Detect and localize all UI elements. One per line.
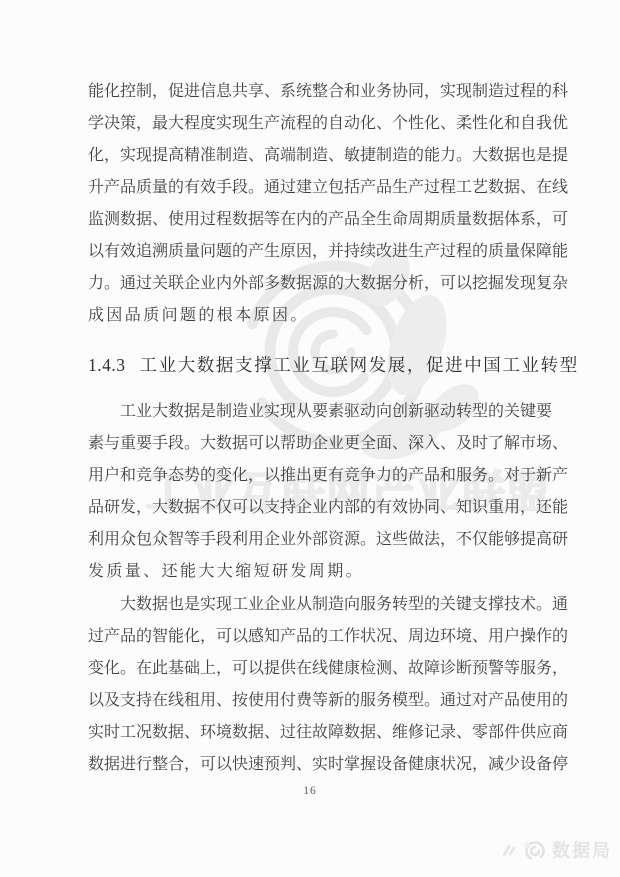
text-line: 实时工况数据、环境数据、过往故障数据、维修记录、零部件供应商 (88, 717, 533, 749)
text-line: 化，实现提高精准制造、高端制造、敏捷制造的能力。大数据也是提 (88, 140, 533, 172)
text-line: 利用众包众智等手段利用企业外部资源。这些做法，不仅能够提高研 (88, 524, 533, 556)
text-line: 以有效追溯质量问题的产生原因，并持续改进生产过程的质量保障能 (88, 236, 533, 268)
swirl-logo-icon (521, 837, 547, 863)
text-line: 工业大数据是制造业实现从要素驱动向创新驱动转型的关键要 (88, 396, 533, 428)
section-title: 工业大数据支撑工业互联网发展，促进中国工业转型 (140, 355, 579, 375)
page-number: 16 (0, 785, 620, 797)
text-line: 升产品质量的有效手段。通过建立包括产品生产过程工艺数据、在线 (88, 172, 533, 204)
text-line: 成因品质问题的根本原因。 (88, 300, 533, 332)
text-line: 品研发，大数据不仅可以支持企业内部的有效协同、知识重用，还能 (88, 492, 533, 524)
brand-watermark: 数据局 (500, 836, 612, 864)
paragraph-body: 工业大数据是制造业实现从要素驱动向创新驱动转型的关键要素与重要手段。大数据可以帮… (88, 396, 533, 588)
text-line: 学决策，最大程度实现生产流程的自动化、个性化、柔性化和自我优 (88, 108, 533, 140)
section-number: 1.4.3 (88, 355, 126, 375)
text-line: 以及支持在线租用、按使用付费等新的服务模型。通过对产品使用的 (88, 685, 533, 717)
text-line: 发质量、还能大大缩短研发周期。 (88, 556, 533, 588)
text-line: 数据进行整合，可以快速预判、实时掌握设备健康状况，减少设备停 (88, 749, 533, 781)
text-line: 大数据也是实现工业企业从制造向服务转型的关键支撑技术。通 (88, 589, 533, 621)
text-line: 素与重要手段。大数据可以帮助企业更全面、深入、及时了解市场、 (88, 428, 533, 460)
text-line: 过产品的智能化，可以感知产品的工作状况、周边环境、用户操作的 (88, 621, 533, 653)
section-heading: 1.4.3工业大数据支撑工业互联网发展，促进中国工业转型 (88, 349, 548, 381)
brand-label: 数据局 (552, 837, 612, 863)
paragraph-body: 大数据也是实现工业企业从制造向服务转型的关键支撑技术。通过产品的智能化，可以感知… (88, 589, 533, 781)
text-line: 用户和竞争态势的变化，以推出更有竞争力的产品和服务。对于新产 (88, 460, 533, 492)
paragraph-continued: 能化控制，促进信息共享、系统整合和业务协同，实现制造过程的科学决策，最大程度实现… (88, 76, 533, 332)
text-line: 能化控制，促进信息共享、系统整合和业务协同，实现制造过程的科 (88, 76, 533, 108)
text-line: 力。通过关联企业内外部多数据源的大数据分析，可以挖掘发现复杂 (88, 268, 533, 300)
document-page: 工业互联网产业联盟 能化控制，促进信息共享、系统整合和业务协同，实现制造过程的科… (0, 0, 620, 877)
document-content: 能化控制，促进信息共享、系统整合和业务协同，实现制造过程的科学决策，最大程度实现… (0, 0, 620, 877)
slashes-icon (500, 841, 516, 859)
text-line: 监测数据、使用过程数据等在内的产品全生命周期质量数据体系，可 (88, 204, 533, 236)
text-line: 变化。在此基础上，可以提供在线健康检测、故障诊断预警等服务， (88, 653, 533, 685)
